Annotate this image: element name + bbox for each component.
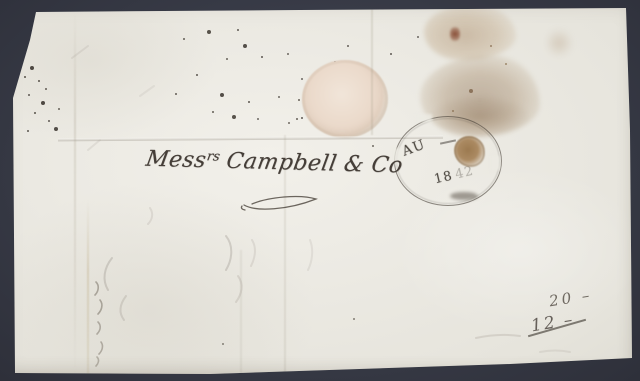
photo-of-folded-letter: AU 1842 Messrs Campbell & Co 20 – 12 – [0, 0, 640, 381]
postmark-cds: AU 1842 [394, 116, 502, 206]
pencil-strikethrough [528, 319, 586, 337]
postmark-year: 1842 [433, 164, 475, 188]
wafer-seal-impression [302, 60, 388, 138]
address-prefix: Mess [144, 147, 208, 173]
postmark-stain-blotch [454, 136, 485, 167]
address-rest: Campbell & Co [217, 149, 405, 179]
stain-dark-spot [450, 26, 460, 42]
flourish-paraph [240, 193, 324, 215]
flap-edge-shadow [58, 136, 443, 142]
stain-faint-right [546, 28, 572, 58]
pencil-note-bottom: 12 – [530, 310, 576, 337]
ink-speckle-marks [0, 0, 2, 2]
address-superscript: rs [206, 149, 221, 164]
horizontal-fold-crease [0, 0, 640, 5]
postmark-ring-break [416, 114, 432, 122]
postmark-bottom-smudge [450, 192, 478, 200]
postmark-year-strong: 18 [433, 169, 454, 188]
postmark-inner-ring [396, 118, 500, 204]
vertical-crease [74, 12, 76, 374]
vertical-crease [284, 135, 286, 375]
vertical-crease [371, 9, 373, 135]
postmark-ring-break [392, 148, 401, 164]
postmark-month: AU [400, 136, 428, 159]
stain-top-right-upper [424, 5, 516, 60]
vertical-crease [240, 250, 242, 374]
postmark-year-faint: 42 [454, 164, 475, 183]
address-handwriting: Messrs Campbell & Co [144, 147, 405, 179]
stain-top-right-lower [420, 55, 540, 137]
letter-paper: AU 1842 Messrs Campbell & Co 20 – 12 – [0, 0, 640, 381]
vertical-crease [87, 200, 89, 374]
postmark-ring [394, 116, 502, 206]
stain-shadow [432, 96, 528, 136]
postmark-day-mark [440, 139, 456, 144]
postmark-ring-break [491, 156, 500, 170]
show-through-writing-marks [0, 0, 640, 381]
pencil-note-top: 20 – [548, 286, 594, 311]
